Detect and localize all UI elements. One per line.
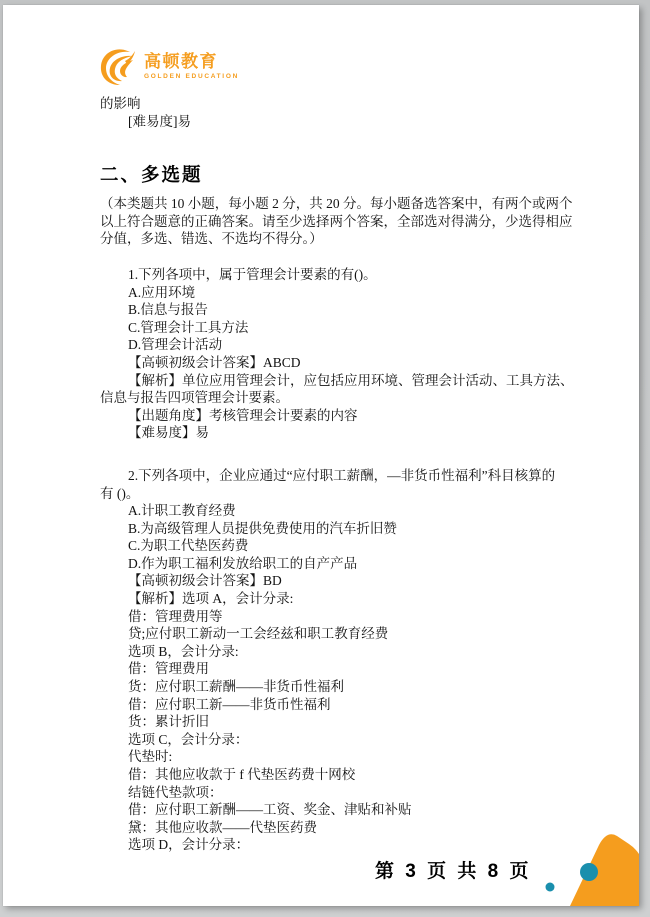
text-line: 选项 B，会计分录: xyxy=(100,643,569,661)
text-line: 【高顿初级会计答案】BD xyxy=(100,572,569,590)
teal-circle-large xyxy=(580,863,598,881)
text-line: 黛：其他应收款——代垫医药费 xyxy=(100,819,569,837)
text-line: [难易度]易 xyxy=(100,113,569,131)
text-line: 结链代垫款项： xyxy=(100,784,569,802)
golden-education-logo: 高顿教育 GOLDEN EDUCATION xyxy=(99,47,569,91)
text-line: A.计职工教育经费 xyxy=(100,502,569,520)
text-line: 选项 D，会计分录： xyxy=(100,836,569,854)
text-line: B.为高级管理人员提供免费使用的汽车折旧赞 xyxy=(100,520,569,538)
text-line: 分值，多选、错选、不选均不得分。） xyxy=(100,230,569,248)
text-line: 【解析】单位应用管理会计，应包括应用环境、管理会计活动、工具方法、 xyxy=(100,372,569,390)
text-line: C.为职工代垫医药费 xyxy=(100,537,569,555)
document-viewer: 高顿教育 GOLDEN EDUCATION 的影响 [难易度]易 二、多选题 （… xyxy=(0,0,650,917)
logo-text: 高顿教育 GOLDEN EDUCATION xyxy=(144,47,239,81)
text-line: 借：管理费用等 xyxy=(100,608,569,626)
teal-dot-small xyxy=(546,883,555,892)
text-line: 【出题角度】考核管理会计要素的内容 xyxy=(100,407,569,425)
text-line: 代垫时: xyxy=(100,748,569,766)
logo-subtitle: GOLDEN EDUCATION xyxy=(144,73,239,81)
text-line: 贷;应付职工新动一工会经兹和职工教育经费 xyxy=(100,625,569,643)
text-line: 【解析】选项 A，会计分录: xyxy=(100,590,569,608)
text-line: 借：管理费用 xyxy=(100,660,569,678)
logo-title: 高顿教育 xyxy=(144,53,239,71)
text-line: 【高顿初级会计答案】ABCD xyxy=(100,354,569,372)
text-line: D.作为职工福利发放给职工的自产产品 xyxy=(100,555,569,573)
text-line: 选项 C，会计分录： xyxy=(100,731,569,749)
page-number-indicator: 第 3 页 共 8 页 xyxy=(375,856,532,883)
text-line: 以上符合题意的正确答案。请至少选择两个答案，全部选对得满分，少选得相应 xyxy=(100,213,569,231)
text-line: 货：累计折旧 xyxy=(100,713,569,731)
text-line: 2.下列各项中，企业应通过“应付职工薪酬，—非货币性福利”科目核算的 xyxy=(100,467,569,485)
text-line: 借：应付职工新酬——工资、奖金、津贴和补贴 xyxy=(100,801,569,819)
text-line: 的影响 xyxy=(100,95,569,113)
section-intro: （本类题共 10 小题，每小题 2 分，共 20 分。每小题备选答案中，有两个或… xyxy=(100,195,569,248)
text-line: 借：其他应收款于 f 代垫医药费十网校 xyxy=(100,766,569,784)
text-line: 【难易度】易 xyxy=(100,424,569,442)
golden-swirl-icon xyxy=(99,47,139,87)
text-line: 1.下列各项中，属于管理会计要素的有()。 xyxy=(100,266,569,284)
text-line: C.管理会计工具方法 xyxy=(100,319,569,337)
document-page: 高顿教育 GOLDEN EDUCATION 的影响 [难易度]易 二、多选题 （… xyxy=(3,5,639,906)
carryover-fragment: 的影响 [难易度]易 xyxy=(100,95,569,130)
text-line: 有 ()。 xyxy=(100,485,569,503)
text-line: 借：应付职工新——非货币性福利 xyxy=(100,696,569,714)
text-line: 信息与报告四项管理会计要素。 xyxy=(100,389,569,407)
corner-decoration xyxy=(539,830,639,906)
text-line: D.管理会计活动 xyxy=(100,336,569,354)
text-line: A.应用环境 xyxy=(100,284,569,302)
question-1: 1.下列各项中，属于管理会计要素的有()。 A.应用环境 B.信息与报告 C.管… xyxy=(100,266,569,442)
text-line: B.信息与报告 xyxy=(100,301,569,319)
text-line: 货：应付职工薪酬——非货币性福利 xyxy=(100,678,569,696)
question-2: 2.下列各项中，企业应通过“应付职工薪酬，—非货币性福利”科目核算的 有 ()。… xyxy=(100,467,569,854)
page-content: 高顿教育 GOLDEN EDUCATION 的影响 [难易度]易 二、多选题 （… xyxy=(3,5,639,854)
text-line: （本类题共 10 小题，每小题 2 分，共 20 分。每小题备选答案中，有两个或… xyxy=(100,195,569,213)
section-title: 二、多选题 xyxy=(100,161,569,187)
